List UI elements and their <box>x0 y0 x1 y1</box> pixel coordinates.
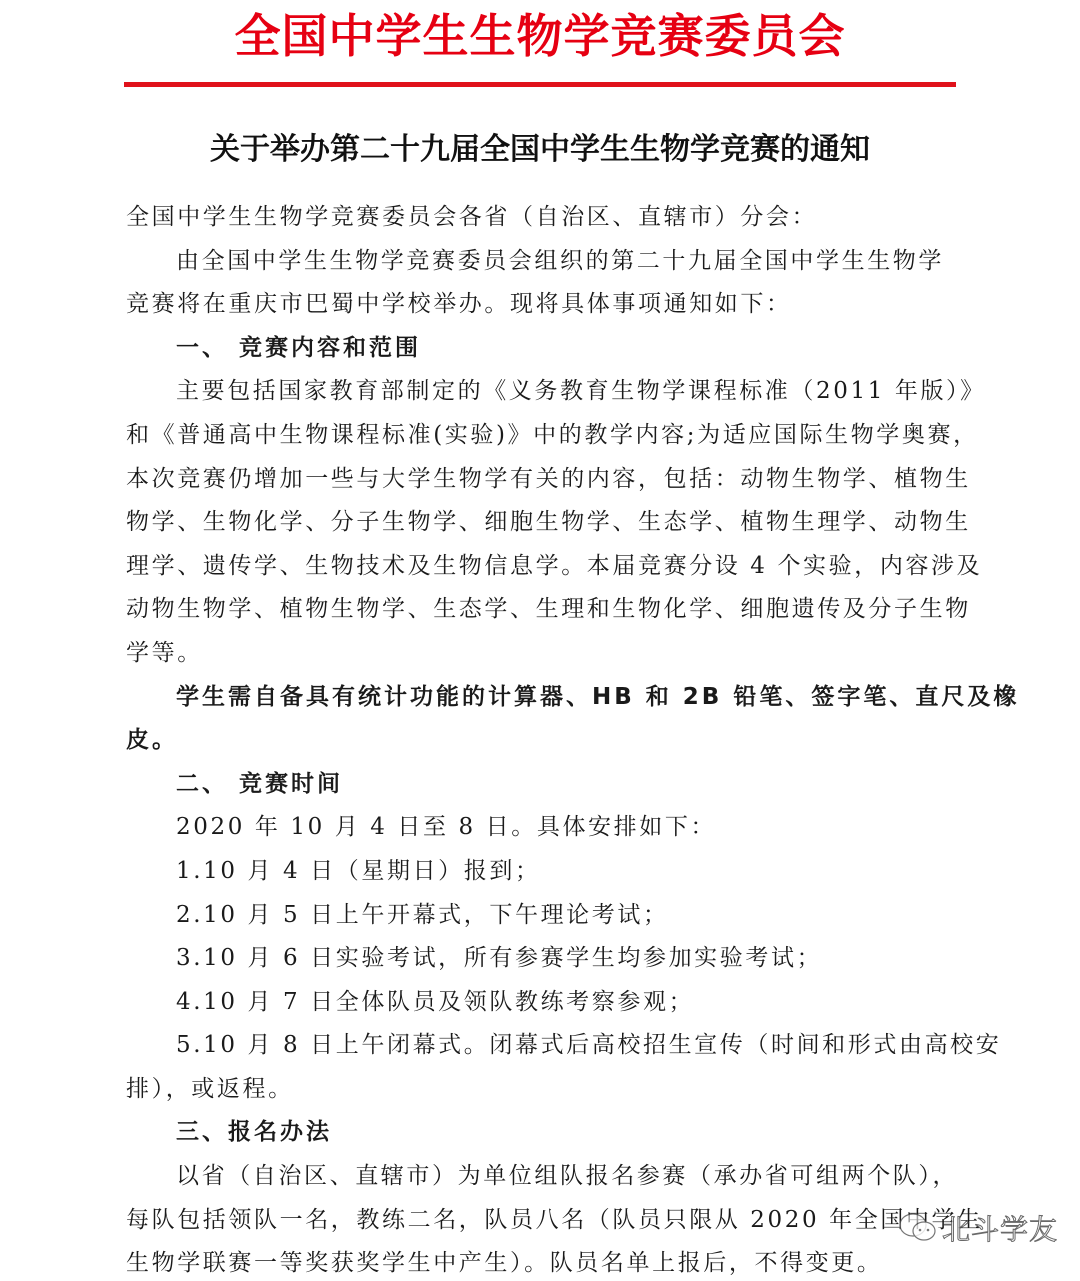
salutation: 全国中学生生物学竞赛委员会各省（自治区、直辖市）分会： <box>126 196 958 240</box>
schedule-item: 1.10 月 4 日（星期日）报到； <box>126 850 958 894</box>
notice-line: 皮。 <box>126 719 958 763</box>
watermark: 北斗学友 <box>898 1208 1058 1248</box>
section-heading: 二、 竞赛时间 <box>126 763 958 807</box>
organization-title: 全国中学生生物学竞赛委员会 <box>0 8 1080 64</box>
paragraph-line: 以省（自治区、直辖市）为单位组队报名参赛（承办省可组两个队）， <box>126 1155 958 1199</box>
schedule-summary: 2020 年 10 月 4 日至 8 日。具体安排如下： <box>126 806 958 850</box>
schedule-item: 5.10 月 8 日上午闭幕式。闭幕式后高校招生宣传（时间和形式由高校安 <box>126 1024 958 1068</box>
document-body: 全国中学生生物学竞赛委员会各省（自治区、直辖市）分会： 由全国中学生生物学竞赛委… <box>126 196 958 1281</box>
watermark-text: 北斗学友 <box>942 1208 1058 1248</box>
schedule-item: 4.10 月 7 日全体队员及领队教练考察参观； <box>126 981 958 1025</box>
intro-line: 竞赛将在重庆市巴蜀中学校举办。现将具体事项通知如下： <box>126 283 958 327</box>
paragraph-line: 主要包括国家教育部制定的《义务教育生物学课程标准（2011 年版）》 <box>126 370 958 414</box>
intro-line: 由全国中学生生物学竞赛委员会组织的第二十九届全国中学生生物学 <box>126 240 958 284</box>
section-heading: 三、报名办法 <box>126 1111 958 1155</box>
notice-line: 学生需自备具有统计功能的计算器、HB 和 2B 铅笔、签字笔、直尺及橡 <box>126 676 958 720</box>
red-divider <box>124 82 956 87</box>
schedule-item: 3.10 月 6 日实验考试，所有参赛学生均参加实验考试； <box>126 937 958 981</box>
paragraph-line: 和《普通高中生物课程标准(实验)》中的教学内容;为适应国际生物学奥赛， <box>126 414 958 458</box>
paragraph-line: 每队包括领队一名，教练二名，队员八名（队员只限从 2020 年全国中学生 <box>126 1199 958 1243</box>
paragraph-line: 物学、生物化学、分子生物学、细胞生物学、生态学、植物生理学、动物生 <box>126 501 958 545</box>
document-title: 关于举办第二十九届全国中学生生物学竞赛的通知 <box>0 126 1080 174</box>
schedule-item-cont: 排），或返程。 <box>126 1068 958 1112</box>
paragraph-line: 本次竞赛仍增加一些与大学生物学有关的内容，包括：动物生物学、植物生 <box>126 458 958 502</box>
paragraph-line: 动物生物学、植物生物学、生态学、生理和生物化学、细胞遗传及分子生物 <box>126 588 958 632</box>
paragraph-line: 生物学联赛一等奖获奖学生中产生）。队员名单上报后，不得变更。 <box>126 1242 958 1281</box>
paragraph-line: 理学、遗传学、生物技术及生物信息学。本届竞赛分设 4 个实验，内容涉及 <box>126 545 958 589</box>
schedule-item: 2.10 月 5 日上午开幕式，下午理论考试； <box>126 894 958 938</box>
section-heading: 一、 竞赛内容和范围 <box>126 327 958 371</box>
wechat-icon <box>898 1212 938 1244</box>
paragraph-line: 学等。 <box>126 632 958 676</box>
